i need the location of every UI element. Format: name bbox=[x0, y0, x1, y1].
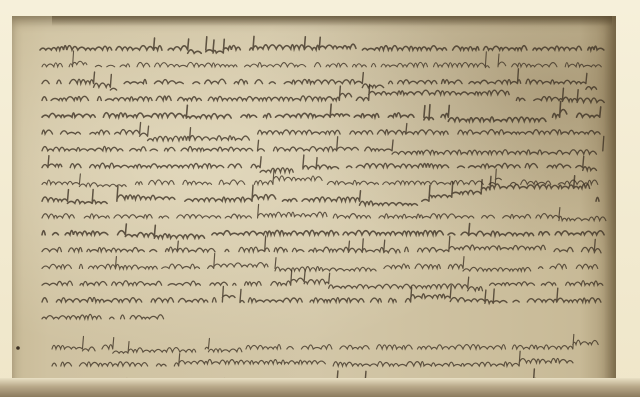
handwriting-line bbox=[40, 36, 604, 53]
handwriting-line bbox=[42, 69, 597, 90]
page-bottom-edge bbox=[0, 378, 640, 397]
handwriting-strokes bbox=[12, 16, 616, 391]
handwriting-line bbox=[42, 176, 599, 205]
margin-mark bbox=[16, 346, 20, 350]
handwriting-line bbox=[42, 155, 596, 172]
handwriting-line bbox=[42, 270, 603, 291]
handwriting-line bbox=[52, 334, 608, 353]
handwriting-line bbox=[42, 286, 601, 304]
handwriting-line bbox=[42, 51, 601, 68]
handwriting-line bbox=[42, 253, 598, 271]
handwriting-line bbox=[42, 169, 598, 186]
handwriting-line bbox=[52, 351, 573, 366]
photo-frame: secretary hand (illegible) bbox=[0, 0, 640, 397]
handwriting-line bbox=[42, 314, 164, 318]
handwriting-line bbox=[42, 101, 601, 122]
manuscript-page bbox=[12, 16, 616, 391]
handwriting-line bbox=[42, 204, 606, 220]
handwriting-line bbox=[42, 224, 604, 239]
handwriting-line bbox=[42, 123, 607, 141]
handwriting-line bbox=[42, 84, 613, 102]
handwriting-line bbox=[42, 236, 606, 253]
handwriting-line bbox=[42, 136, 604, 154]
